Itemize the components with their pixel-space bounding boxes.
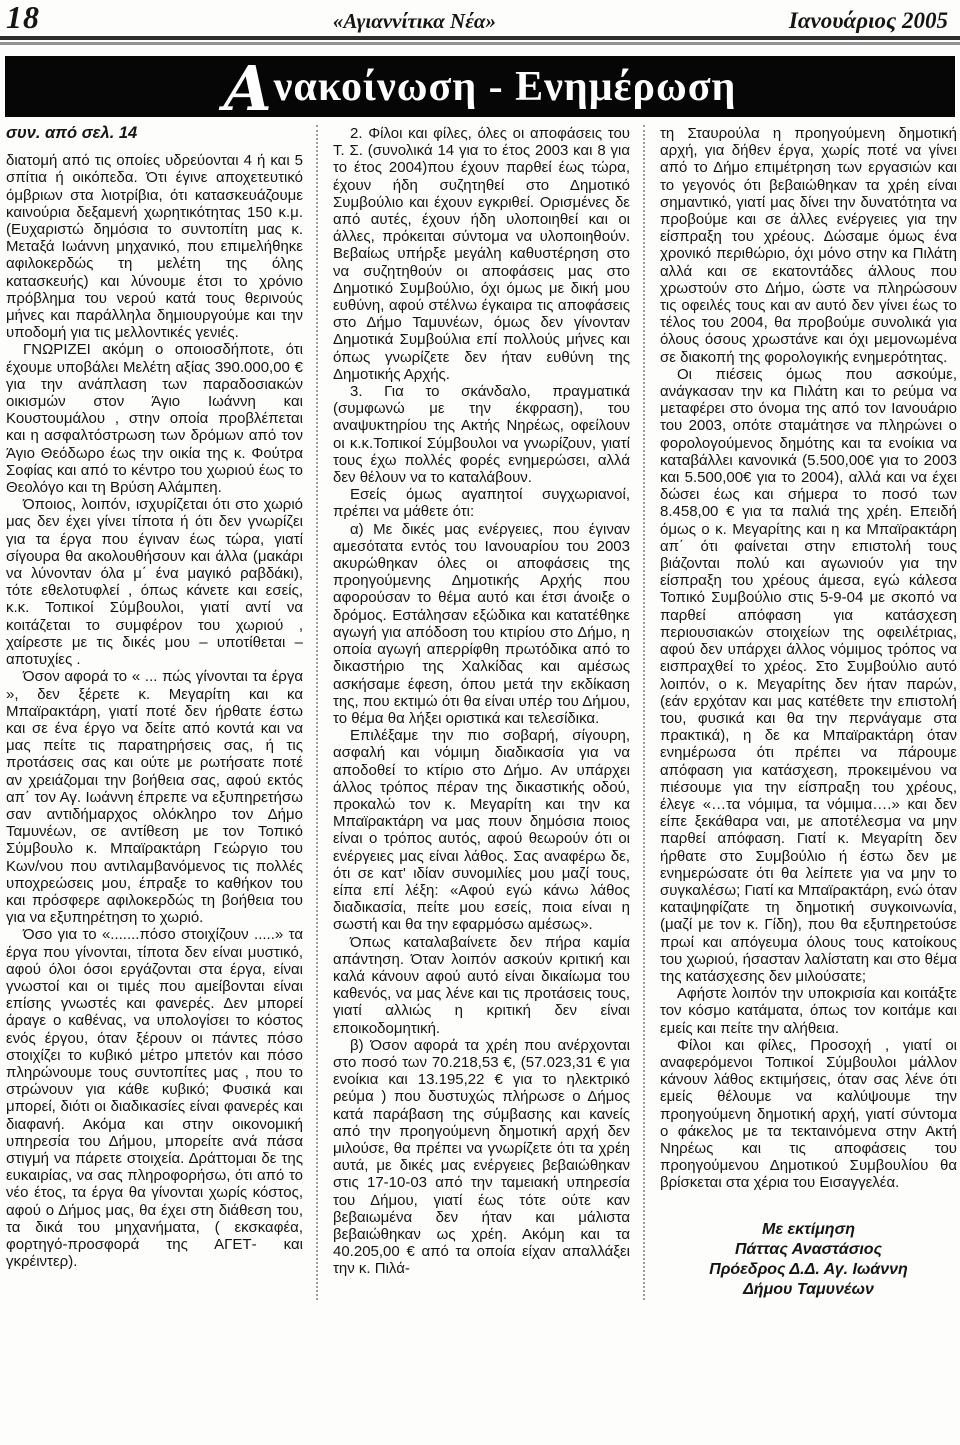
- banner-title: νακοίνωση - Ενημέρωση: [274, 63, 737, 111]
- column-2: 2. Φίλοι και φίλες, όλες οι αποφάσεις το…: [316, 125, 630, 1300]
- paragraph: Εσείς όμως αγαπητοί συγχωριανοί, πρέπει …: [333, 486, 630, 520]
- paragraph: β) Όσον αφορά τα χρέη που ανέρχονται στο…: [333, 1037, 630, 1278]
- paragraph: τη Σταυρούλα η προηγούμενη δημοτική αρχή…: [660, 125, 957, 366]
- paragraph: Όσο για το «.......πόσο στοιχίζουν .....…: [6, 926, 303, 1270]
- signature-name: Πάττας Αναστάσιος: [660, 1240, 957, 1260]
- page-number: 18: [6, 1, 40, 34]
- paragraph: Όσον αφορά το « ... πώς γίνονται τα έργα…: [6, 668, 303, 926]
- column-3: τη Σταυρούλα η προηγούμενη δημοτική αρχή…: [643, 125, 957, 1300]
- column-1: συν. από σελ. 14 διατομή από τις οποίες …: [6, 125, 303, 1300]
- article-body: συν. από σελ. 14 διατομή από τις οποίες …: [0, 117, 960, 1300]
- paragraph: διατομή από τις οποίες υδρεύονται 4 ή κα…: [6, 152, 303, 341]
- signature-closing: Με εκτίμηση: [660, 1220, 957, 1240]
- paragraph: Όποιος, λοιπόν, ισχυρίζεται ότι στο χωρι…: [6, 496, 303, 668]
- paragraph: 3. Για το σκάνδαλο, πραγματικά (συμφωνώ …: [333, 383, 630, 486]
- paragraph: ΓΝΩΡΙΖΕΙ ακόμη ο οποιοσδήποτε, ότι έχουμ…: [6, 341, 303, 496]
- paragraph: Οι πιέσεις όμως που ασκούμε, ανάγκασαν τ…: [660, 366, 957, 985]
- paragraph: Φίλοι και φίλες, Προσοχή , γιατί οι αναφ…: [660, 1037, 957, 1192]
- paragraph: α) Με δικές μας ενέργειες, που έγιναν αμ…: [333, 521, 630, 727]
- paragraph: Όπως καταλαβαίνετε δεν πήρα καμία απάντη…: [333, 934, 630, 1037]
- signature-title: Πρόεδρος Δ.Δ. Αγ. Ιωάννη: [660, 1260, 957, 1280]
- issue-date: Ιανουάριος 2005: [789, 8, 948, 34]
- paragraph: 2. Φίλοι και φίλες, όλες οι αποφάσεις το…: [333, 125, 630, 383]
- section-banner: Ανακοίνωση - Ενημέρωση: [5, 56, 955, 117]
- continuation-note: συν. από σελ. 14: [6, 125, 303, 142]
- paragraph: Επιλέξαμε την πιο σοβαρή, σίγουρη, ασφαλ…: [333, 727, 630, 933]
- page-header: 18 «Αγιαννίτικα Νέα» Ιανουάριος 2005: [0, 0, 960, 34]
- header-divider: [0, 36, 960, 45]
- signature-block: Με εκτίμηση Πάττας Αναστάσιος Πρόεδρος Δ…: [660, 1220, 957, 1300]
- paragraph: Αφήστε λοιπόν την υποκρισία και κοιτάξτε…: [660, 985, 957, 1037]
- signature-municipality: Δήμου Ταμυνέων: [660, 1280, 957, 1300]
- newspaper-page: 18 «Αγιαννίτικα Νέα» Ιανουάριος 2005 Ανα…: [0, 0, 960, 1445]
- newspaper-title: «Αγιαννίτικα Νέα»: [333, 9, 496, 34]
